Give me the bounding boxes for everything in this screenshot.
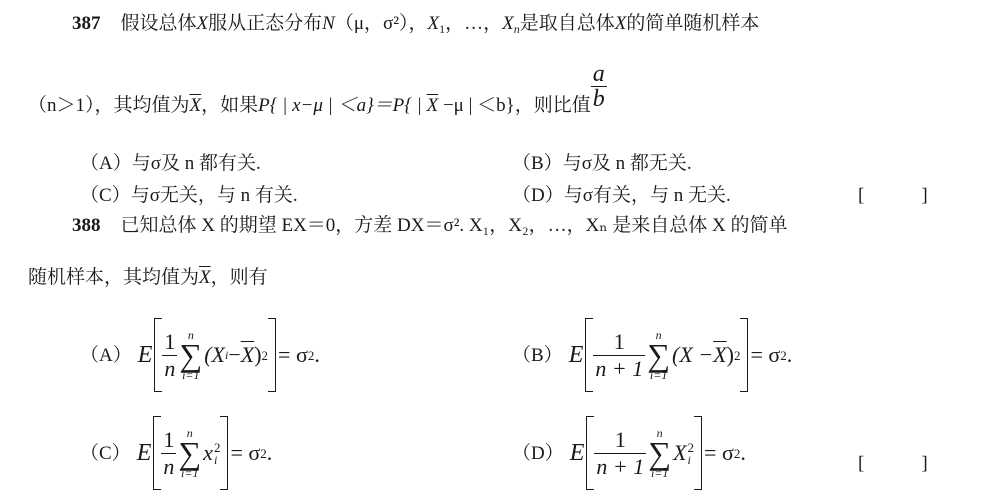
denominator: b [591, 86, 607, 111]
problem-number: 388 [72, 215, 101, 236]
var: X [615, 13, 627, 34]
expectation-E: E [137, 441, 152, 465]
stem-text: （μ，σ²）， [335, 13, 428, 34]
var: N [322, 13, 335, 34]
summation: n∑i=1 [647, 329, 670, 382]
option-388-a: （A） E 1n n∑i=1 (Xi − X)2 = σ2. [80, 318, 320, 392]
right-bracket [220, 416, 228, 490]
denominator: n + 1 [593, 355, 645, 381]
left-bracket [586, 416, 594, 490]
option-label: （B） [512, 153, 563, 174]
problem-388-line1: 388已知总体 X 的期望 EX＝0，方差 DX＝σ². X₁，X₂，…，Xₙ … [72, 216, 788, 235]
right-bracket [694, 416, 702, 490]
option-label: （D） [512, 185, 564, 206]
right-bracket [740, 318, 748, 392]
paren: ) [254, 344, 261, 366]
sum-lower: i=1 [179, 369, 202, 381]
expectation-E: E [569, 343, 584, 367]
var: X [427, 13, 439, 34]
ratio-fraction: ab [591, 62, 607, 111]
fraction: 1n [162, 329, 177, 381]
period: . [314, 344, 320, 366]
body: X [673, 442, 686, 464]
option-387-d: （D）与σ有关，与 n 无关. [512, 180, 731, 207]
fraction: 1n + 1 [593, 329, 645, 381]
stem-text: ，如果 [201, 95, 258, 116]
option-label: （A） [80, 153, 132, 174]
numerator: a [591, 62, 607, 86]
stem-text: ，…， [445, 13, 502, 34]
sigma-symbol: ∑ [179, 341, 202, 370]
body: (X − [672, 344, 713, 366]
problem-387-line1: 387假设总体X服从正态分布N（μ，σ²），X1，…，Xn是取自总体X的简单随机… [72, 14, 759, 35]
rhs: = σ [704, 442, 734, 464]
stem-text: 假设总体 [121, 13, 197, 34]
denominator: n + 1 [594, 453, 646, 479]
sum-lower: i=1 [648, 467, 671, 479]
stem-text: 服从正态分布 [208, 13, 322, 34]
stem-text: 的简单随机样本 [626, 13, 759, 34]
stem-text: 已知总体 X 的期望 EX＝0，方差 DX＝σ². X₁，X₂，…，Xₙ 是来自… [121, 215, 788, 236]
option-388-b: （B） E 1n + 1 n∑i=1 (X − X)2 = σ2. [512, 318, 792, 392]
numerator: 1 [162, 329, 177, 354]
summation: n∑i=1 [179, 329, 202, 382]
option-label: （C） [80, 185, 131, 206]
stem-text: ，则有 [211, 267, 268, 288]
numerator: 1 [593, 329, 645, 354]
option-387-b: （B）与σ及 n 都无关. [512, 148, 692, 175]
numerator: 1 [594, 427, 646, 452]
right-bracket [268, 318, 276, 392]
option-text: 与σ无关，与 n 有关. [131, 185, 298, 206]
problem-387-line2: （n＞1），其均值为X，如果P{ | x−μ | ＜a}＝P{ | X −μ |… [28, 62, 607, 111]
stem-text: −μ | ＜b}，则比值 [438, 95, 591, 116]
sigma-symbol: ∑ [178, 439, 201, 468]
fraction: 1n [161, 427, 176, 479]
sigma-symbol: ∑ [647, 341, 670, 370]
body: x [203, 442, 213, 464]
minus: − [228, 344, 240, 366]
left-bracket [585, 318, 593, 392]
sigma-symbol: ∑ [648, 439, 671, 468]
option-label: （A） [80, 346, 132, 365]
stem-text: （n＞1），其均值为 [28, 95, 190, 116]
option-text: 与σ及 n 都有关. [132, 153, 261, 174]
answer-blank-388[interactable]: [ ] [858, 448, 928, 475]
option-388-d: （D） E 1n + 1 n∑i=1 X2i = σ2. [512, 416, 746, 490]
option-text: 与σ及 n 都无关. [563, 153, 692, 174]
var: X [502, 13, 514, 34]
rhs: = σ [230, 442, 260, 464]
summation: n∑i=1 [178, 427, 201, 480]
stem-text: 随机样本，其均值为 [28, 267, 199, 288]
period: . [267, 442, 273, 464]
period: . [740, 442, 746, 464]
left-bracket [153, 416, 161, 490]
paren: ) [727, 344, 734, 366]
fraction: 1n + 1 [594, 427, 646, 479]
probability-expr: P{ | x−μ | ＜a}＝P{ | [258, 95, 426, 116]
expectation-E: E [570, 441, 585, 465]
denominator: n [161, 453, 176, 479]
answer-blank-387[interactable]: [ ] [858, 180, 928, 207]
xbar: X [713, 344, 726, 366]
xbar: X [199, 267, 211, 288]
problem-388-line2: 随机样本，其均值为X，则有 [28, 268, 268, 287]
option-387-a: （A）与σ及 n 都有关. [80, 148, 261, 175]
var: X [197, 13, 209, 34]
period: . [787, 344, 793, 366]
rhs: = σ [278, 344, 308, 366]
left-bracket [154, 318, 162, 392]
expectation-E: E [138, 343, 153, 367]
stem-text: 是取自总体 [520, 13, 615, 34]
option-text: 与σ有关，与 n 无关. [564, 185, 731, 206]
sum-lower: i=1 [647, 369, 670, 381]
rhs: = σ [750, 344, 780, 366]
denominator: n [162, 355, 177, 381]
xbar: X [190, 95, 202, 116]
sum-lower: i=1 [178, 467, 201, 479]
summation: n∑i=1 [648, 427, 671, 480]
numerator: 1 [161, 427, 176, 452]
option-label: （D） [512, 444, 564, 463]
option-label: （C） [80, 444, 131, 463]
body: (X [204, 344, 225, 366]
option-387-c: （C）与σ无关，与 n 有关. [80, 180, 298, 207]
xbar: X [427, 95, 439, 116]
xbar: X [241, 344, 254, 366]
problem-number: 387 [72, 13, 101, 34]
option-label: （B） [512, 346, 563, 365]
option-388-c: （C） E 1n n∑i=1 x2i = σ2. [80, 416, 272, 490]
